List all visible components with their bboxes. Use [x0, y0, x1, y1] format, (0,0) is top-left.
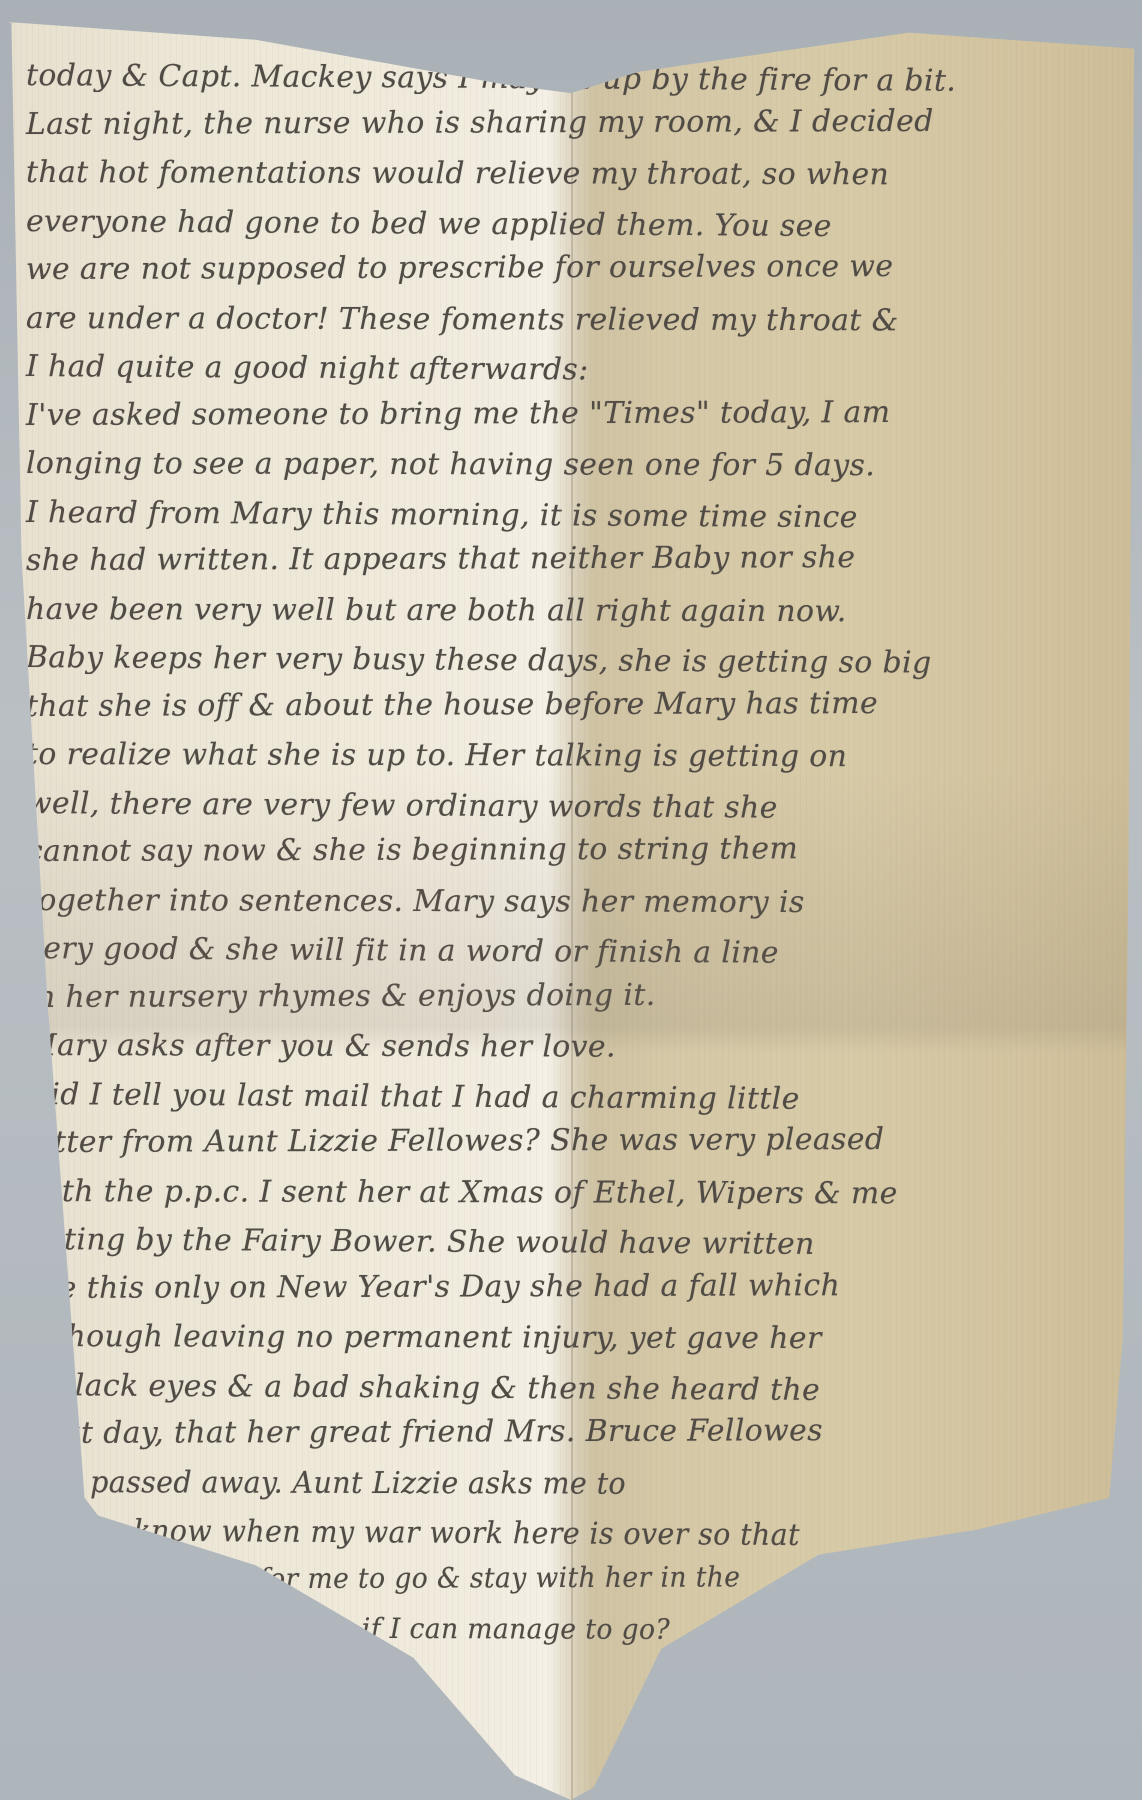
handwritten-text: today & Capt. Mackey says I may sit up b… — [26, 52, 1116, 1653]
letter-photo: today & Capt. Mackey says I may sit up b… — [0, 0, 1142, 1800]
text-line: that she is off & about the house before… — [26, 679, 1111, 731]
text-line: although leaving no permanent injury, ye… — [26, 1313, 1111, 1364]
text-line: she can arrange for me to go & stay with… — [26, 1552, 1062, 1604]
text-line: cannot say now & she is beginning to str… — [26, 824, 1111, 876]
text-line: ere this only on New Year's Day she had … — [26, 1261, 1111, 1313]
text-line: Mary asks after you & sends her love. — [26, 1022, 1111, 1073]
text-line: are under a doctor! These foments reliev… — [26, 295, 1111, 346]
text-line: longing to see a paper, not having seen … — [26, 440, 1111, 491]
text-line: to realize what she is up to. Her talkin… — [26, 731, 1111, 782]
text-line: I've asked someone to bring me the "Time… — [26, 388, 1111, 440]
text-line: had passed away. Aunt Lizzie asks me to — [26, 1459, 1062, 1510]
text-line: we are not supposed to prescribe for our… — [26, 242, 1111, 294]
text-line: with the p.p.c. I sent her at Xmas of Et… — [26, 1168, 1111, 1219]
text-line: that hot fomentations would relieve my t… — [26, 149, 1111, 200]
text-line: Last night, the nurse who is sharing my … — [26, 97, 1111, 149]
text-line: together into sentences. Mary says her m… — [26, 877, 1111, 928]
text-line: she had written. It appears that neither… — [26, 533, 1111, 585]
text-line: Spring. Won't it be nice if I can manage… — [26, 1604, 1062, 1655]
text-line: in her nursery rhymes & enjoys doing it. — [26, 970, 1111, 1022]
text-line: next day, that her great friend Mrs. Bru… — [26, 1406, 1111, 1458]
text-line: letter from Aunt Lizzie Fellowes? She wa… — [26, 1115, 1111, 1167]
letter-sheet: today & Capt. Mackey says I may sit up b… — [8, 22, 1134, 1800]
text-line: have been very well but are both all rig… — [26, 586, 1111, 637]
